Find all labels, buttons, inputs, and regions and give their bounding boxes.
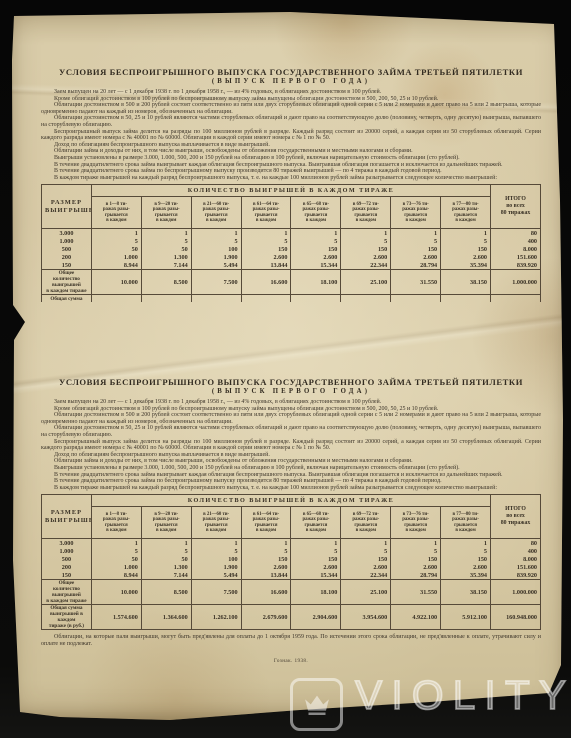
summary-row: Общее количество выигрышей в каждом тира… <box>42 580 541 605</box>
prize-count: 2.600 <box>241 253 291 261</box>
prize-count: 1 <box>441 539 491 548</box>
prize-count: 2.600 <box>241 563 291 571</box>
prize-row: 1508.9447.1445.49413.84415.34422.34428.7… <box>42 571 541 580</box>
summary-row: Общая сумма <box>42 295 541 303</box>
draw-column-header: в 69—72 ти- ражах разы- грывается в кажд… <box>341 197 391 229</box>
summary-total: 160.948.000 <box>491 605 541 630</box>
conditions-paragraphs: Заем выпущен на 20 лет — с 1 декабря 193… <box>41 399 541 491</box>
draw-column-header: в 77—80 ти- ражах разы- грывается в кажд… <box>441 507 491 539</box>
total-header: ИТОГО во всех 80 тиражах <box>491 495 541 539</box>
prize-count: 5 <box>391 237 441 245</box>
paragraph: Облигации займа и доходы от них, в том ч… <box>41 458 541 465</box>
conditions-block-bottom: УСЛОВИЯ БЕСПРОИГРЫШНОГО ВЫПУСКА ГОСУДАРС… <box>41 377 541 664</box>
prize-size: 500 <box>42 245 92 253</box>
prize-count: 5 <box>91 547 141 555</box>
prize-count: 7.144 <box>141 571 191 580</box>
document-title: УСЛОВИЯ БЕСПРОИГРЫШНОГО ВЫПУСКА ГОСУДАРС… <box>41 377 541 387</box>
draw-column-header: в 73—76 ти- ражах разы- грывается в кажд… <box>391 507 441 539</box>
draw-column-header: в 65—68 ти- ражах разы- грывается в кажд… <box>291 197 341 229</box>
paragraph: Заем выпущен на 20 лет — с 1 декабря 193… <box>41 89 541 96</box>
paragraph: Заем выпущен на 20 лет — с 1 декабря 193… <box>41 399 541 406</box>
draw-column-header: в 9—20 ти- ражах разы- грывается в каждо… <box>141 197 191 229</box>
prize-count: 1.900 <box>191 253 241 261</box>
prize-count: 150 <box>291 555 341 563</box>
draw-column-header: в 21—60 ти- ражах разы- грывается в кажд… <box>191 197 241 229</box>
document-subtitle: (ВЫПУСК ПЕРВОГО ГОДА) <box>41 388 541 395</box>
draw-column-header: в 1—8 ти- ражах разы- грывается в каждом <box>91 197 141 229</box>
prize-count: 2.600 <box>341 563 391 571</box>
prize-size: 1.000 <box>42 547 92 555</box>
prize-count: 5 <box>341 547 391 555</box>
prize-size: 150 <box>42 261 92 270</box>
summary-total <box>491 295 541 303</box>
draw-column-header: в 61—64 ти- ражах разы- грывается в кажд… <box>241 197 291 229</box>
summary-count: 16.600 <box>241 580 291 605</box>
summary-count: 8.500 <box>141 580 191 605</box>
prize-count: 1 <box>291 539 341 548</box>
prize-count: 5 <box>191 547 241 555</box>
prize-count: 150 <box>441 245 491 253</box>
prize-size: 3.000 <box>42 229 92 238</box>
prize-count: 7.144 <box>141 261 191 270</box>
prize-row: 1508.9447.1445.49413.84415.34422.34428.7… <box>42 261 541 270</box>
summary-count: 38.150 <box>441 270 491 295</box>
prize-count: 100 <box>191 555 241 563</box>
winnings-table: РАЗМЕР ВЫИГРЫШЕЙКОЛИЧЕСТВО ВЫИГРЫШЕЙ В К… <box>41 494 541 630</box>
prize-count: 5 <box>141 237 191 245</box>
prize-total: 151.600 <box>491 253 541 261</box>
bond-document: УСЛОВИЯ БЕСПРОИГРЫШНОГО ВЫПУСКА ГОСУДАРС… <box>8 9 568 722</box>
summary-count: 18.100 <box>291 270 341 295</box>
prize-count: 2.600 <box>291 563 341 571</box>
summary-row: Общая сумма выигрышей в каждом тираже (в… <box>42 605 541 630</box>
paragraph: В каждом тираже выигрышей на каждый разр… <box>41 485 541 492</box>
summary-count: 10.000 <box>91 270 141 295</box>
summary-count: 16.600 <box>241 270 291 295</box>
summary-total: 1.000.000 <box>491 270 541 295</box>
paragraph: Выигрыши установлены в размере 3.000, 1.… <box>41 155 541 162</box>
prize-count: 1 <box>191 539 241 548</box>
document-title: УСЛОВИЯ БЕСПРОИГРЫШНОГО ВЫПУСКА ГОСУДАРС… <box>41 67 541 77</box>
prize-count: 5 <box>341 237 391 245</box>
summary-count: 1.574.600 <box>91 605 141 630</box>
summary-count <box>441 295 491 303</box>
draw-column-header: в 61—64 ти- ражах разы- грывается в кажд… <box>241 507 291 539</box>
draw-column-header: в 77—80 ти- ражах разы- грывается в кажд… <box>441 197 491 229</box>
paragraph: Беспроигрышный выпуск займа делится на р… <box>41 129 541 142</box>
prize-count: 5 <box>241 237 291 245</box>
summary-count: 8.500 <box>141 270 191 295</box>
draw-column-header: в 9—20 ти- ражах разы- грывается в каждо… <box>141 507 191 539</box>
corner-header: РАЗМЕР ВЫИГРЫШЕЙ <box>42 185 92 229</box>
summary-row: Общее количество выигрышей в каждом тира… <box>42 270 541 295</box>
prize-count: 15.344 <box>291 571 341 580</box>
prize-count: 1.000 <box>91 253 141 261</box>
prize-row: 1.00055555555400 <box>42 237 541 245</box>
prize-row: 3.0001111111180 <box>42 539 541 548</box>
paragraph: Беспроигрышный выпуск займа делится на р… <box>41 439 541 452</box>
summary-count: 5.912.100 <box>441 605 491 630</box>
prize-count: 1 <box>341 539 391 548</box>
prize-count: 50 <box>141 245 191 253</box>
prize-count: 1 <box>341 229 391 238</box>
summary-count: 1.262.100 <box>191 605 241 630</box>
prize-count: 100 <box>191 245 241 253</box>
prize-total: 80 <box>491 229 541 238</box>
closing-paragraph-wrap: Облигации, на которые пали выигрыши, мог… <box>41 634 541 648</box>
prize-row: 1.00055555555400 <box>42 547 541 555</box>
prize-count: 1 <box>241 229 291 238</box>
paragraph: Облигации займа и доходы от них, в том ч… <box>41 148 541 155</box>
winnings-table: РАЗМЕР ВЫИГРЫШЕЙКОЛИЧЕСТВО ВЫИГРЫШЕЙ В К… <box>41 184 541 302</box>
summary-count <box>191 295 241 303</box>
prize-count: 150 <box>441 555 491 563</box>
prize-count: 2.600 <box>441 253 491 261</box>
prize-count: 1.900 <box>191 563 241 571</box>
prize-count: 1.300 <box>141 253 191 261</box>
paragraph: В течение двадцатилетнего срока займа по… <box>41 168 541 175</box>
summary-count: 25.100 <box>341 270 391 295</box>
prize-row: 50050501001501501501501508.000 <box>42 555 541 563</box>
prize-count: 50 <box>91 555 141 563</box>
prize-count: 2.600 <box>291 253 341 261</box>
group-header: КОЛИЧЕСТВО ВЫИГРЫШЕЙ В КАЖДОМ ТИРАЖЕ <box>91 185 490 197</box>
summary-count: 7.500 <box>191 580 241 605</box>
prize-count: 5 <box>241 547 291 555</box>
prize-total: 400 <box>491 547 541 555</box>
prize-count: 5.494 <box>191 571 241 580</box>
prize-count: 22.344 <box>341 571 391 580</box>
document-subtitle: (ВЫПУСК ПЕРВОГО ГОДА) <box>41 78 541 85</box>
prize-count: 1 <box>141 539 191 548</box>
prize-row: 3.0001111111180 <box>42 229 541 238</box>
prize-count: 5 <box>291 237 341 245</box>
prize-row: 2001.0001.3001.9002.6002.6002.6002.6002.… <box>42 253 541 261</box>
summary-count <box>91 295 141 303</box>
prize-count: 1 <box>91 539 141 548</box>
summary-count: 3.954.600 <box>341 605 391 630</box>
prize-count: 28.794 <box>391 261 441 270</box>
prize-count: 1 <box>391 229 441 238</box>
paragraph: Выигрыши установлены в размере 3.000, 1.… <box>41 465 541 472</box>
photo-background: УСЛОВИЯ БЕСПРОИГРЫШНОГО ВЫПУСКА ГОСУДАРС… <box>0 0 571 738</box>
prize-count: 1 <box>291 229 341 238</box>
prize-count: 35.394 <box>441 261 491 270</box>
prize-size: 3.000 <box>42 539 92 548</box>
prize-count: 1 <box>391 539 441 548</box>
summary-count: 1.364.600 <box>141 605 191 630</box>
prize-count: 50 <box>91 245 141 253</box>
corner-header: РАЗМЕР ВЫИГРЫШЕЙ <box>42 495 92 539</box>
prize-row: 50050501001501501501501508.000 <box>42 245 541 253</box>
summary-count: 31.550 <box>391 580 441 605</box>
summary-count <box>291 295 341 303</box>
prize-count: 15.344 <box>291 261 341 270</box>
draw-column-header: в 1—8 ти- ражах разы- грывается в каждом <box>91 507 141 539</box>
prize-count: 5 <box>391 547 441 555</box>
draw-column-header: в 69—72 ти- ражах разы- грывается в кажд… <box>341 507 391 539</box>
prize-count: 35.394 <box>441 571 491 580</box>
prize-count: 13.844 <box>241 261 291 270</box>
summary-label: Общее количество выигрышей в каждом тира… <box>42 580 92 605</box>
prize-size: 150 <box>42 571 92 580</box>
prize-count: 150 <box>241 555 291 563</box>
draw-column-header: в 21—60 ти- ражах разы- грывается в кажд… <box>191 507 241 539</box>
total-header: ИТОГО во всех 80 тиражах <box>491 185 541 229</box>
paragraph: В каждом тираже выигрышей на каждый разр… <box>41 175 541 182</box>
draw-column-header: в 65—68 ти- ражах разы- грывается в кажд… <box>291 507 341 539</box>
prize-total: 8.000 <box>491 555 541 563</box>
prize-count: 5 <box>441 237 491 245</box>
winnings-table-top: РАЗМЕР ВЫИГРЫШЕЙКОЛИЧЕСТВО ВЫИГРЫШЕЙ В К… <box>41 184 541 302</box>
prize-count: 50 <box>141 555 191 563</box>
paragraph: Облигации достоинством в 50, 25 и 10 руб… <box>41 425 541 438</box>
prize-count: 1 <box>141 229 191 238</box>
prize-count: 1 <box>241 539 291 548</box>
prize-count: 5 <box>141 547 191 555</box>
prize-count: 1 <box>91 229 141 238</box>
prize-count: 5 <box>291 547 341 555</box>
summary-count <box>391 295 441 303</box>
prize-count: 2.600 <box>391 563 441 571</box>
summary-label: Общее количество выигрышей в каждом тира… <box>42 270 92 295</box>
summary-count <box>341 295 391 303</box>
prize-count: 2.600 <box>391 253 441 261</box>
prize-size: 200 <box>42 563 92 571</box>
prize-count: 28.794 <box>391 571 441 580</box>
prize-count: 22.344 <box>341 261 391 270</box>
summary-count: 7.500 <box>191 270 241 295</box>
prize-count: 150 <box>341 245 391 253</box>
prize-size: 500 <box>42 555 92 563</box>
prize-count: 1.300 <box>141 563 191 571</box>
prize-count: 1 <box>441 229 491 238</box>
prize-count: 150 <box>391 245 441 253</box>
prize-count: 5 <box>441 547 491 555</box>
prize-count: 8.944 <box>91 571 141 580</box>
prize-total: 151.600 <box>491 563 541 571</box>
prize-total: 80 <box>491 539 541 548</box>
summary-count: 38.150 <box>441 580 491 605</box>
paragraph: В течение двадцатилетнего срока займа по… <box>41 478 541 485</box>
prize-size: 1.000 <box>42 237 92 245</box>
imprint: Гознак. 1938. <box>41 658 541 664</box>
conditions-block-top: УСЛОВИЯ БЕСПРОИГРЫШНОГО ВЫПУСКА ГОСУДАРС… <box>41 67 541 302</box>
summary-count: 2.679.600 <box>241 605 291 630</box>
prize-total: 839.920 <box>491 571 541 580</box>
paragraph: Облигации достоинством в 500 и 200 рубле… <box>41 412 541 425</box>
prize-count: 5.494 <box>191 261 241 270</box>
prize-total: 400 <box>491 237 541 245</box>
summary-count: 2.904.600 <box>291 605 341 630</box>
prize-count: 1 <box>191 229 241 238</box>
prize-total: 839.920 <box>491 261 541 270</box>
prize-count: 5 <box>191 237 241 245</box>
paragraph: Облигации достоинством в 50, 25 и 10 руб… <box>41 115 541 128</box>
summary-count: 18.100 <box>291 580 341 605</box>
prize-count: 2.600 <box>341 253 391 261</box>
summary-count: 4.922.100 <box>391 605 441 630</box>
prize-count: 5 <box>91 237 141 245</box>
prize-count: 150 <box>341 555 391 563</box>
prize-count: 1.000 <box>91 563 141 571</box>
winnings-table-bottom: РАЗМЕР ВЫИГРЫШЕЙКОЛИЧЕСТВО ВЫИГРЫШЕЙ В К… <box>41 494 541 630</box>
summary-label: Общая сумма <box>42 295 92 303</box>
summary-count: 10.000 <box>91 580 141 605</box>
prize-total: 8.000 <box>491 245 541 253</box>
summary-label: Общая сумма выигрышей в каждом тираже (в… <box>42 605 92 630</box>
summary-count: 31.550 <box>391 270 441 295</box>
draw-column-header: в 73—76 ти- ражах разы- грывается в кажд… <box>391 197 441 229</box>
prize-count: 150 <box>241 245 291 253</box>
conditions-paragraphs: Заем выпущен на 20 лет — с 1 декабря 193… <box>41 89 541 181</box>
summary-total: 1.000.000 <box>491 580 541 605</box>
paragraph: Облигации достоинством в 500 и 200 рубле… <box>41 102 541 115</box>
closing-paragraph: Облигации, на которые пали выигрыши, мог… <box>41 634 541 648</box>
prize-row: 2001.0001.3001.9002.6002.6002.6002.6002.… <box>42 563 541 571</box>
prize-size: 200 <box>42 253 92 261</box>
summary-count <box>141 295 191 303</box>
prize-count: 150 <box>391 555 441 563</box>
prize-count: 8.944 <box>91 261 141 270</box>
summary-count: 25.100 <box>341 580 391 605</box>
prize-count: 2.600 <box>441 563 491 571</box>
prize-count: 150 <box>291 245 341 253</box>
group-header: КОЛИЧЕСТВО ВЫИГРЫШЕЙ В КАЖДОМ ТИРАЖЕ <box>91 495 490 507</box>
summary-count <box>241 295 291 303</box>
prize-count: 13.844 <box>241 571 291 580</box>
